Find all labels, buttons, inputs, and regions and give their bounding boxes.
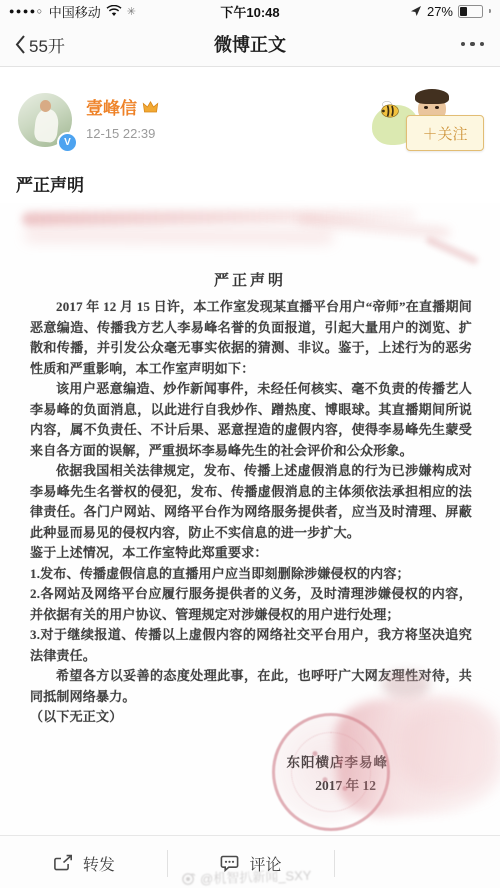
carrier-label: 中国移动 — [49, 2, 101, 21]
post-title: 严正声明 — [16, 171, 484, 195]
action-toolbar: 转发 评论 @机智扒新闻_SXY — [0, 835, 500, 888]
bee-icon — [378, 99, 402, 119]
document-paragraph: 2017 年 12 月 15 日许，本工作室发现某直播平台用户“帝师”在直播期间… — [30, 297, 472, 379]
vip-crown-icon — [142, 100, 159, 114]
follow-button[interactable]: ＋关注 — [406, 115, 484, 151]
document-list-item: 2.各网站及网络平台应履行服务提供者的义务，及时清理涉嫌侵权的内容，并依据有关的… — [30, 584, 472, 625]
author-name[interactable]: 壹峰信 — [86, 94, 159, 119]
post-header: V 壹峰信 12-15 22:39 — [16, 91, 484, 153]
stamp-smear — [398, 703, 500, 795]
follow-widget: ＋关注 — [370, 87, 484, 153]
watermark-text: @机智扒新闻_SXY — [200, 865, 312, 888]
more-menu-button[interactable] — [459, 36, 487, 53]
battery-percent: 27% — [427, 4, 453, 19]
wifi-icon — [106, 5, 122, 17]
location-arrow-icon — [410, 5, 422, 17]
repost-icon — [52, 854, 74, 873]
statement-document-image[interactable]: 严正声明 2017 年 12 月 15 日许，本工作室发现某直播平台用户“帝师”… — [0, 203, 500, 835]
page-title: 微博正文 — [214, 31, 286, 57]
document-list-item: 1.发布、传播虚假信息的直播用户应当即刻删除涉嫌侵权的内容； — [30, 564, 472, 585]
redacted-letterhead-smear — [24, 227, 334, 245]
toolbar-divider — [167, 850, 168, 877]
status-bar: ●●●●○ 中国移动 ✳ 下午10:48 27% — [0, 0, 500, 22]
document-paragraph: 鉴于上述情况，本工作室特此郑重要求： — [30, 543, 472, 564]
back-button[interactable]: 55开 — [14, 32, 65, 57]
battery-icon — [458, 5, 483, 18]
battery-cap — [489, 9, 491, 13]
clock: 下午10:48 — [220, 2, 279, 21]
author-name-label: 壹峰信 — [86, 94, 137, 119]
status-right: 27% — [250, 4, 491, 19]
document-paragraph: 依据我国相关法律规定，发布、传播上述虚假消息的行为已涉嫌构成对李易峰先生名誉权的… — [30, 461, 472, 543]
red-streak-decoration — [425, 236, 479, 265]
document-paragraph: 该用户恶意编造、炒作新闻事件，未经任何核实、毫不负责的传播艺人李易峰的负面消息，… — [30, 379, 472, 461]
toolbar-right-section — [333, 836, 500, 888]
chevron-left-icon — [14, 34, 26, 55]
post-timestamp: 12-15 22:39 — [86, 126, 159, 141]
weibo-logo-icon — [181, 871, 197, 887]
signal-strength-icon: ●●●●○ — [9, 6, 44, 16]
nav-bar: 55开 微博正文 — [0, 22, 500, 67]
smudged-text-blur — [382, 671, 430, 698]
activity-spinner-icon: ✳ — [127, 5, 136, 18]
toolbar-divider — [334, 850, 335, 877]
back-label: 55开 — [29, 32, 65, 57]
author-block: 壹峰信 12-15 22:39 — [86, 94, 159, 141]
document-title: 严正声明 — [0, 269, 500, 290]
repost-button[interactable]: 转发 — [0, 836, 167, 888]
document-body: 2017 年 12 月 15 日许，本工作室发现某直播平台用户“帝师”在直播期间… — [30, 297, 472, 728]
weibo-post-screen: ●●●●○ 中国移动 ✳ 下午10:48 27% 55开 微博正 — [0, 0, 500, 888]
document-list-item: 3.对于继续报道、传播以上虚假内容的网络社交平台用户，我方将坚决追究法律责任。 — [30, 625, 472, 666]
status-left: ●●●●○ 中国移动 ✳ — [9, 2, 250, 21]
repost-label: 转发 — [83, 852, 115, 875]
verified-badge-icon: V — [57, 132, 78, 153]
